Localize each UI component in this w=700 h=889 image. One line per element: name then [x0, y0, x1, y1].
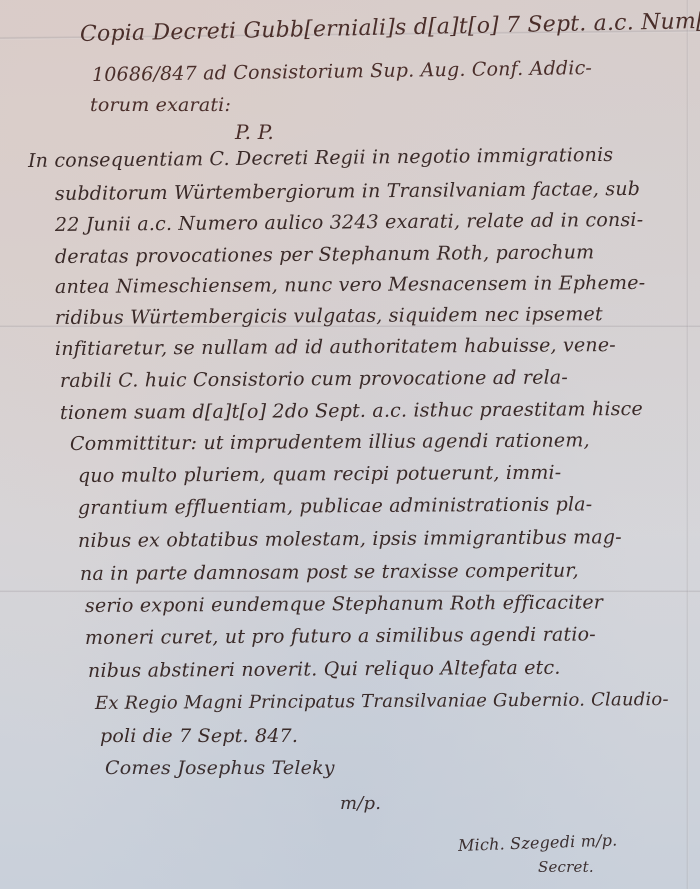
body-line: In consequentiam C. Decreti Regii in neg… — [28, 144, 614, 172]
manuscript-page: Copia Decreti Gubb[erniali]s d[a]t[o] 7 … — [0, 0, 700, 889]
heading-line: 10686/847 ad Consistorium Sup. Aug. Conf… — [92, 57, 592, 86]
body-line: rabili C. huic Consistorio cum provocati… — [60, 366, 568, 392]
paper-fold-crease — [686, 0, 689, 889]
body-line: deratas provocationes per Stephanum Roth… — [55, 241, 595, 268]
body-line: 22 Junii a.c. Numero aulico 3243 exarati… — [55, 209, 643, 236]
body-line: antea Nimeschiensem, nunc vero Mesnacens… — [55, 272, 645, 298]
body-line: grantium effluentiam, publicae administr… — [78, 493, 593, 519]
date-line: poli die 7 Sept. 847. — [100, 725, 298, 747]
body-line: nibus abstineri noverit. Qui reliquo Alt… — [88, 657, 561, 682]
body-line: na in parte damnosam post se traxisse co… — [80, 560, 579, 585]
salutation: P. P. — [235, 120, 274, 144]
body-line: ridibus Würtembergicis vulgatas, siquide… — [55, 303, 603, 329]
body-line: moneri curet, ut pro futuro a similibus … — [85, 623, 596, 649]
body-line: nibus ex obtatibus molestam, ipsis immig… — [78, 526, 622, 552]
body-line: infitiaretur, se nullam ad id authoritat… — [55, 334, 616, 360]
signature-teleky: Comes Josephus Teleky — [105, 757, 335, 779]
heading-line: torum exarati: — [90, 94, 231, 116]
body-line: tionem suam d[a]t[o] 2do Sept. a.c. isth… — [60, 398, 643, 424]
body-line: serio exponi eundemque Stephanum Roth ef… — [85, 591, 603, 617]
body-line: subditorum Würtembergiorum in Transilvan… — [55, 178, 640, 205]
body-line: quo multo pluriem, quam recipi potuerunt… — [78, 462, 562, 487]
signature-szegedi-title: Secret. — [538, 858, 594, 876]
heading-line: Copia Decreti Gubb[erniali]s d[a]t[o] 7 … — [80, 8, 700, 47]
body-line: Ex Regio Magni Principatus Transilvaniae… — [95, 689, 669, 714]
body-line: Committitur: ut imprudentem illius agend… — [70, 429, 590, 455]
signature-szegedi: Mich. Szegedi m/p. — [458, 830, 618, 855]
signature-teleky-suffix: m/p. — [340, 793, 381, 814]
